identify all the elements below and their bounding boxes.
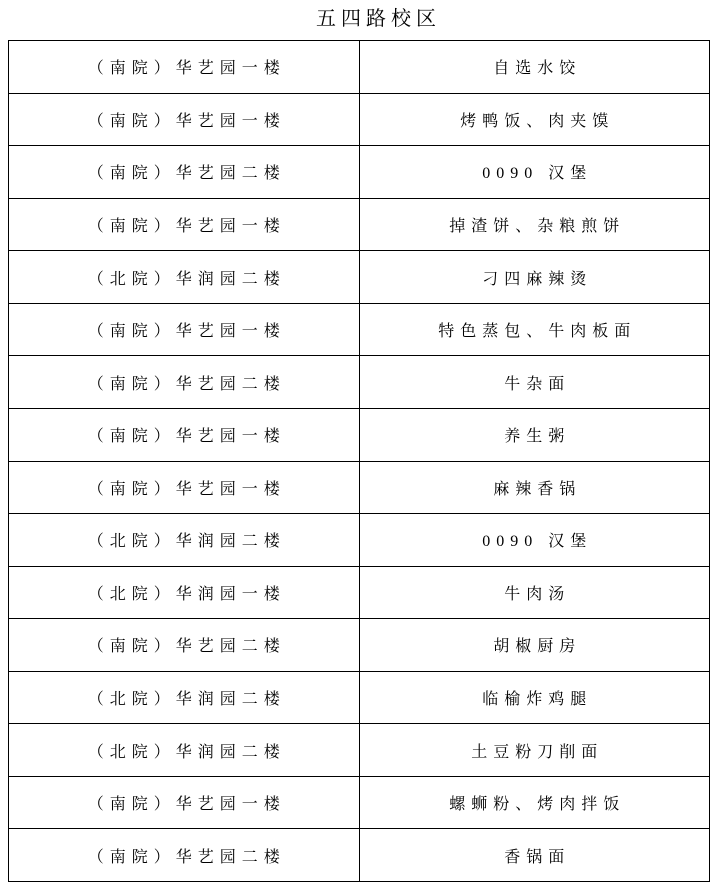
menu-item-cell: 0090 汉堡 <box>359 514 710 567</box>
location-cell: （南院）华艺园一楼 <box>9 461 360 514</box>
location-cell: （南院）华艺园一楼 <box>9 408 360 461</box>
table-row: （北院）华润园二楼 刁四麻辣烫 <box>9 251 710 304</box>
menu-item-cell: 0090 汉堡 <box>359 146 710 199</box>
table-row: （南院）华艺园一楼 烤鸭饭、肉夹馍 <box>9 93 710 146</box>
location-cell: （南院）华艺园一楼 <box>9 303 360 356</box>
table-row: （南院）华艺园二楼 牛杂面 <box>9 356 710 409</box>
table-row: （北院）华润园二楼 0090 汉堡 <box>9 514 710 567</box>
location-cell: （南院）华艺园一楼 <box>9 198 360 251</box>
location-cell: （北院）华润园一楼 <box>9 566 360 619</box>
menu-item-cell: 麻辣香锅 <box>359 461 710 514</box>
location-cell: （南院）华艺园一楼 <box>9 776 360 829</box>
table-row: （北院）华润园二楼 土豆粉刀削面 <box>9 724 710 777</box>
menu-item-cell: 牛杂面 <box>359 356 710 409</box>
table-row: （南院）华艺园一楼 麻辣香锅 <box>9 461 710 514</box>
location-cell: （南院）华艺园二楼 <box>9 829 360 882</box>
document-page: 五四路校区 （南院）华艺园一楼 自选水饺 （南院）华艺园一楼 烤鸭饭、肉夹馍 （… <box>0 6 713 888</box>
location-cell: （南院）华艺园一楼 <box>9 41 360 94</box>
menu-item-cell: 烤鸭饭、肉夹馍 <box>359 93 710 146</box>
campus-table-body: （南院）华艺园一楼 自选水饺 （南院）华艺园一楼 烤鸭饭、肉夹馍 （南院）华艺园… <box>9 41 710 882</box>
table-row: （南院）华艺园一楼 掉渣饼、杂粮煎饼 <box>9 198 710 251</box>
location-cell: （南院）华艺园二楼 <box>9 146 360 199</box>
location-cell: （北院）华润园二楼 <box>9 251 360 304</box>
table-row: （南院）华艺园一楼 自选水饺 <box>9 41 710 94</box>
location-cell: （北院）华润园二楼 <box>9 671 360 724</box>
menu-item-cell: 牛肉汤 <box>359 566 710 619</box>
campus-dining-table: （南院）华艺园一楼 自选水饺 （南院）华艺园一楼 烤鸭饭、肉夹馍 （南院）华艺园… <box>8 40 710 882</box>
table-row: （南院）华艺园二楼 香锅面 <box>9 829 710 882</box>
page-title: 五四路校区 <box>0 6 713 32</box>
table-row: （北院）华润园二楼 临榆炸鸡腿 <box>9 671 710 724</box>
menu-item-cell: 香锅面 <box>359 829 710 882</box>
menu-item-cell: 临榆炸鸡腿 <box>359 671 710 724</box>
menu-item-cell: 养生粥 <box>359 408 710 461</box>
menu-item-cell: 螺蛳粉、烤肉拌饭 <box>359 776 710 829</box>
table-row: （南院）华艺园二楼 0090 汉堡 <box>9 146 710 199</box>
menu-item-cell: 刁四麻辣烫 <box>359 251 710 304</box>
table-row: （南院）华艺园一楼 特色蒸包、牛肉板面 <box>9 303 710 356</box>
menu-item-cell: 掉渣饼、杂粮煎饼 <box>359 198 710 251</box>
table-row: （南院）华艺园一楼 螺蛳粉、烤肉拌饭 <box>9 776 710 829</box>
location-cell: （南院）华艺园二楼 <box>9 619 360 672</box>
location-cell: （北院）华润园二楼 <box>9 514 360 567</box>
menu-item-cell: 土豆粉刀削面 <box>359 724 710 777</box>
table-row: （南院）华艺园一楼 养生粥 <box>9 408 710 461</box>
location-cell: （南院）华艺园二楼 <box>9 356 360 409</box>
table-row: （南院）华艺园二楼 胡椒厨房 <box>9 619 710 672</box>
menu-item-cell: 特色蒸包、牛肉板面 <box>359 303 710 356</box>
menu-item-cell: 胡椒厨房 <box>359 619 710 672</box>
table-row: （北院）华润园一楼 牛肉汤 <box>9 566 710 619</box>
menu-item-cell: 自选水饺 <box>359 41 710 94</box>
location-cell: （北院）华润园二楼 <box>9 724 360 777</box>
location-cell: （南院）华艺园一楼 <box>9 93 360 146</box>
